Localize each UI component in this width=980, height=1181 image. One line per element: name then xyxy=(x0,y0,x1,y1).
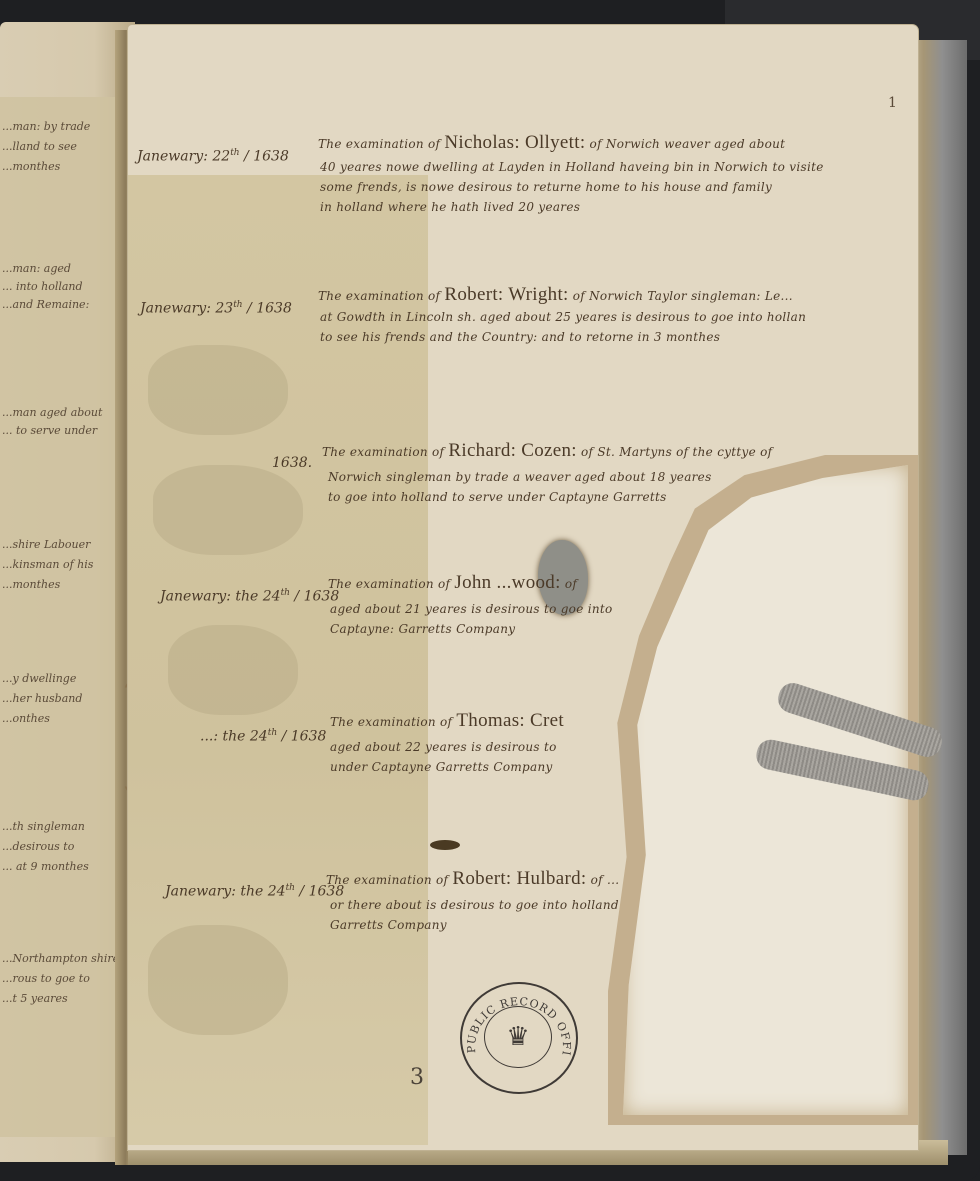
entry-line: aged about 21 yeares is desirous to goe … xyxy=(330,602,613,616)
entry-line: Garretts Company xyxy=(330,918,447,932)
left-fragment: ...kinsman of his xyxy=(2,558,93,571)
left-fragment: ...desirous to xyxy=(2,840,74,853)
entry-heading: The examination of Robert: Hulbard: of .… xyxy=(326,868,619,890)
left-fragment: ...onthes xyxy=(2,712,50,725)
left-fragment: ...Northampton shire xyxy=(2,952,119,965)
public-record-office-stamp: PUBLIC RECORD OFFICE ♛ xyxy=(460,982,578,1094)
entry-heading: The examination of Richard: Cozen: of St… xyxy=(322,440,772,462)
entry-line: or there about is desirous to goe into h… xyxy=(330,898,619,912)
left-fragment: ...th singleman xyxy=(2,820,85,833)
left-fragment: ...rous to goe to xyxy=(2,972,90,985)
left-fragment: ... into holland xyxy=(2,280,83,293)
entry-line: aged about 22 yeares is desirous to xyxy=(330,740,557,754)
entry-date: Janewary: 23th / 1638 xyxy=(140,300,292,317)
left-fragment: ... at 9 monthes xyxy=(2,860,89,873)
left-fragment: ...her husband xyxy=(2,692,82,705)
entry-date: ...: the 24th / 1638 xyxy=(200,728,326,745)
entry-date: Janewary: the 24th / 1638 xyxy=(165,883,344,900)
left-fragment: ...man: aged xyxy=(2,262,71,275)
entry-date: Janewary: 22th / 1638 xyxy=(137,148,289,165)
water-stain xyxy=(168,625,298,715)
entry-date: Janewary: the 24th / 1638 xyxy=(160,588,339,605)
entry-line: some frends, is nowe desirous to returne… xyxy=(320,180,772,194)
left-fragment: ...shire Labouer xyxy=(2,538,90,551)
corner-mark: 1 xyxy=(888,95,897,111)
entry-line: 40 yeares nowe dwelling at Layden in Hol… xyxy=(320,160,824,174)
entry-date: 1638. xyxy=(272,455,312,471)
page-number: 3 xyxy=(410,1065,424,1090)
ink-blot xyxy=(430,840,460,850)
entry-heading: The examination of John ...wood: of xyxy=(328,572,577,594)
entry-line: under Captayne Garretts Company xyxy=(330,760,553,774)
left-fragment: ...and Remaine: xyxy=(2,298,89,311)
entry-line: Norwich singleman by trade a weaver aged… xyxy=(328,470,712,484)
entry-line: Captayne: Garretts Company xyxy=(330,622,515,636)
left-fragment: ...man: by trade xyxy=(2,120,90,133)
entry-heading: The examination of Thomas: Cret xyxy=(330,710,564,732)
left-fragment: ...monthes xyxy=(2,160,60,173)
left-fragment: ... to serve under xyxy=(2,424,97,437)
left-fragment: ...t 5 yeares xyxy=(2,992,68,1005)
water-stain xyxy=(148,925,288,1035)
entry-heading: The examination of Nicholas: Ollyett: of… xyxy=(318,132,785,154)
left-fragment: ...y dwellinge xyxy=(2,672,76,685)
left-fragment: ...monthes xyxy=(2,578,60,591)
entry-heading: The examination of Robert: Wright: of No… xyxy=(318,284,793,306)
left-fragment: ...man aged about xyxy=(2,406,102,419)
left-fragment: ...lland to see xyxy=(2,140,77,153)
water-stain xyxy=(148,345,288,435)
entry-line: to goe into holland to serve under Capta… xyxy=(328,490,667,504)
crown-icon: ♛ xyxy=(484,1006,552,1068)
water-stain xyxy=(153,465,303,555)
entry-line: to see his frends and the Country: and t… xyxy=(320,330,720,344)
photo-frame: ...man: by trade ...lland to see ...mont… xyxy=(0,0,980,1181)
entry-line: at Gowdth in Lincoln sh. aged about 25 y… xyxy=(320,310,806,324)
entry-line: in holland where he hath lived 20 yeares xyxy=(320,200,580,214)
